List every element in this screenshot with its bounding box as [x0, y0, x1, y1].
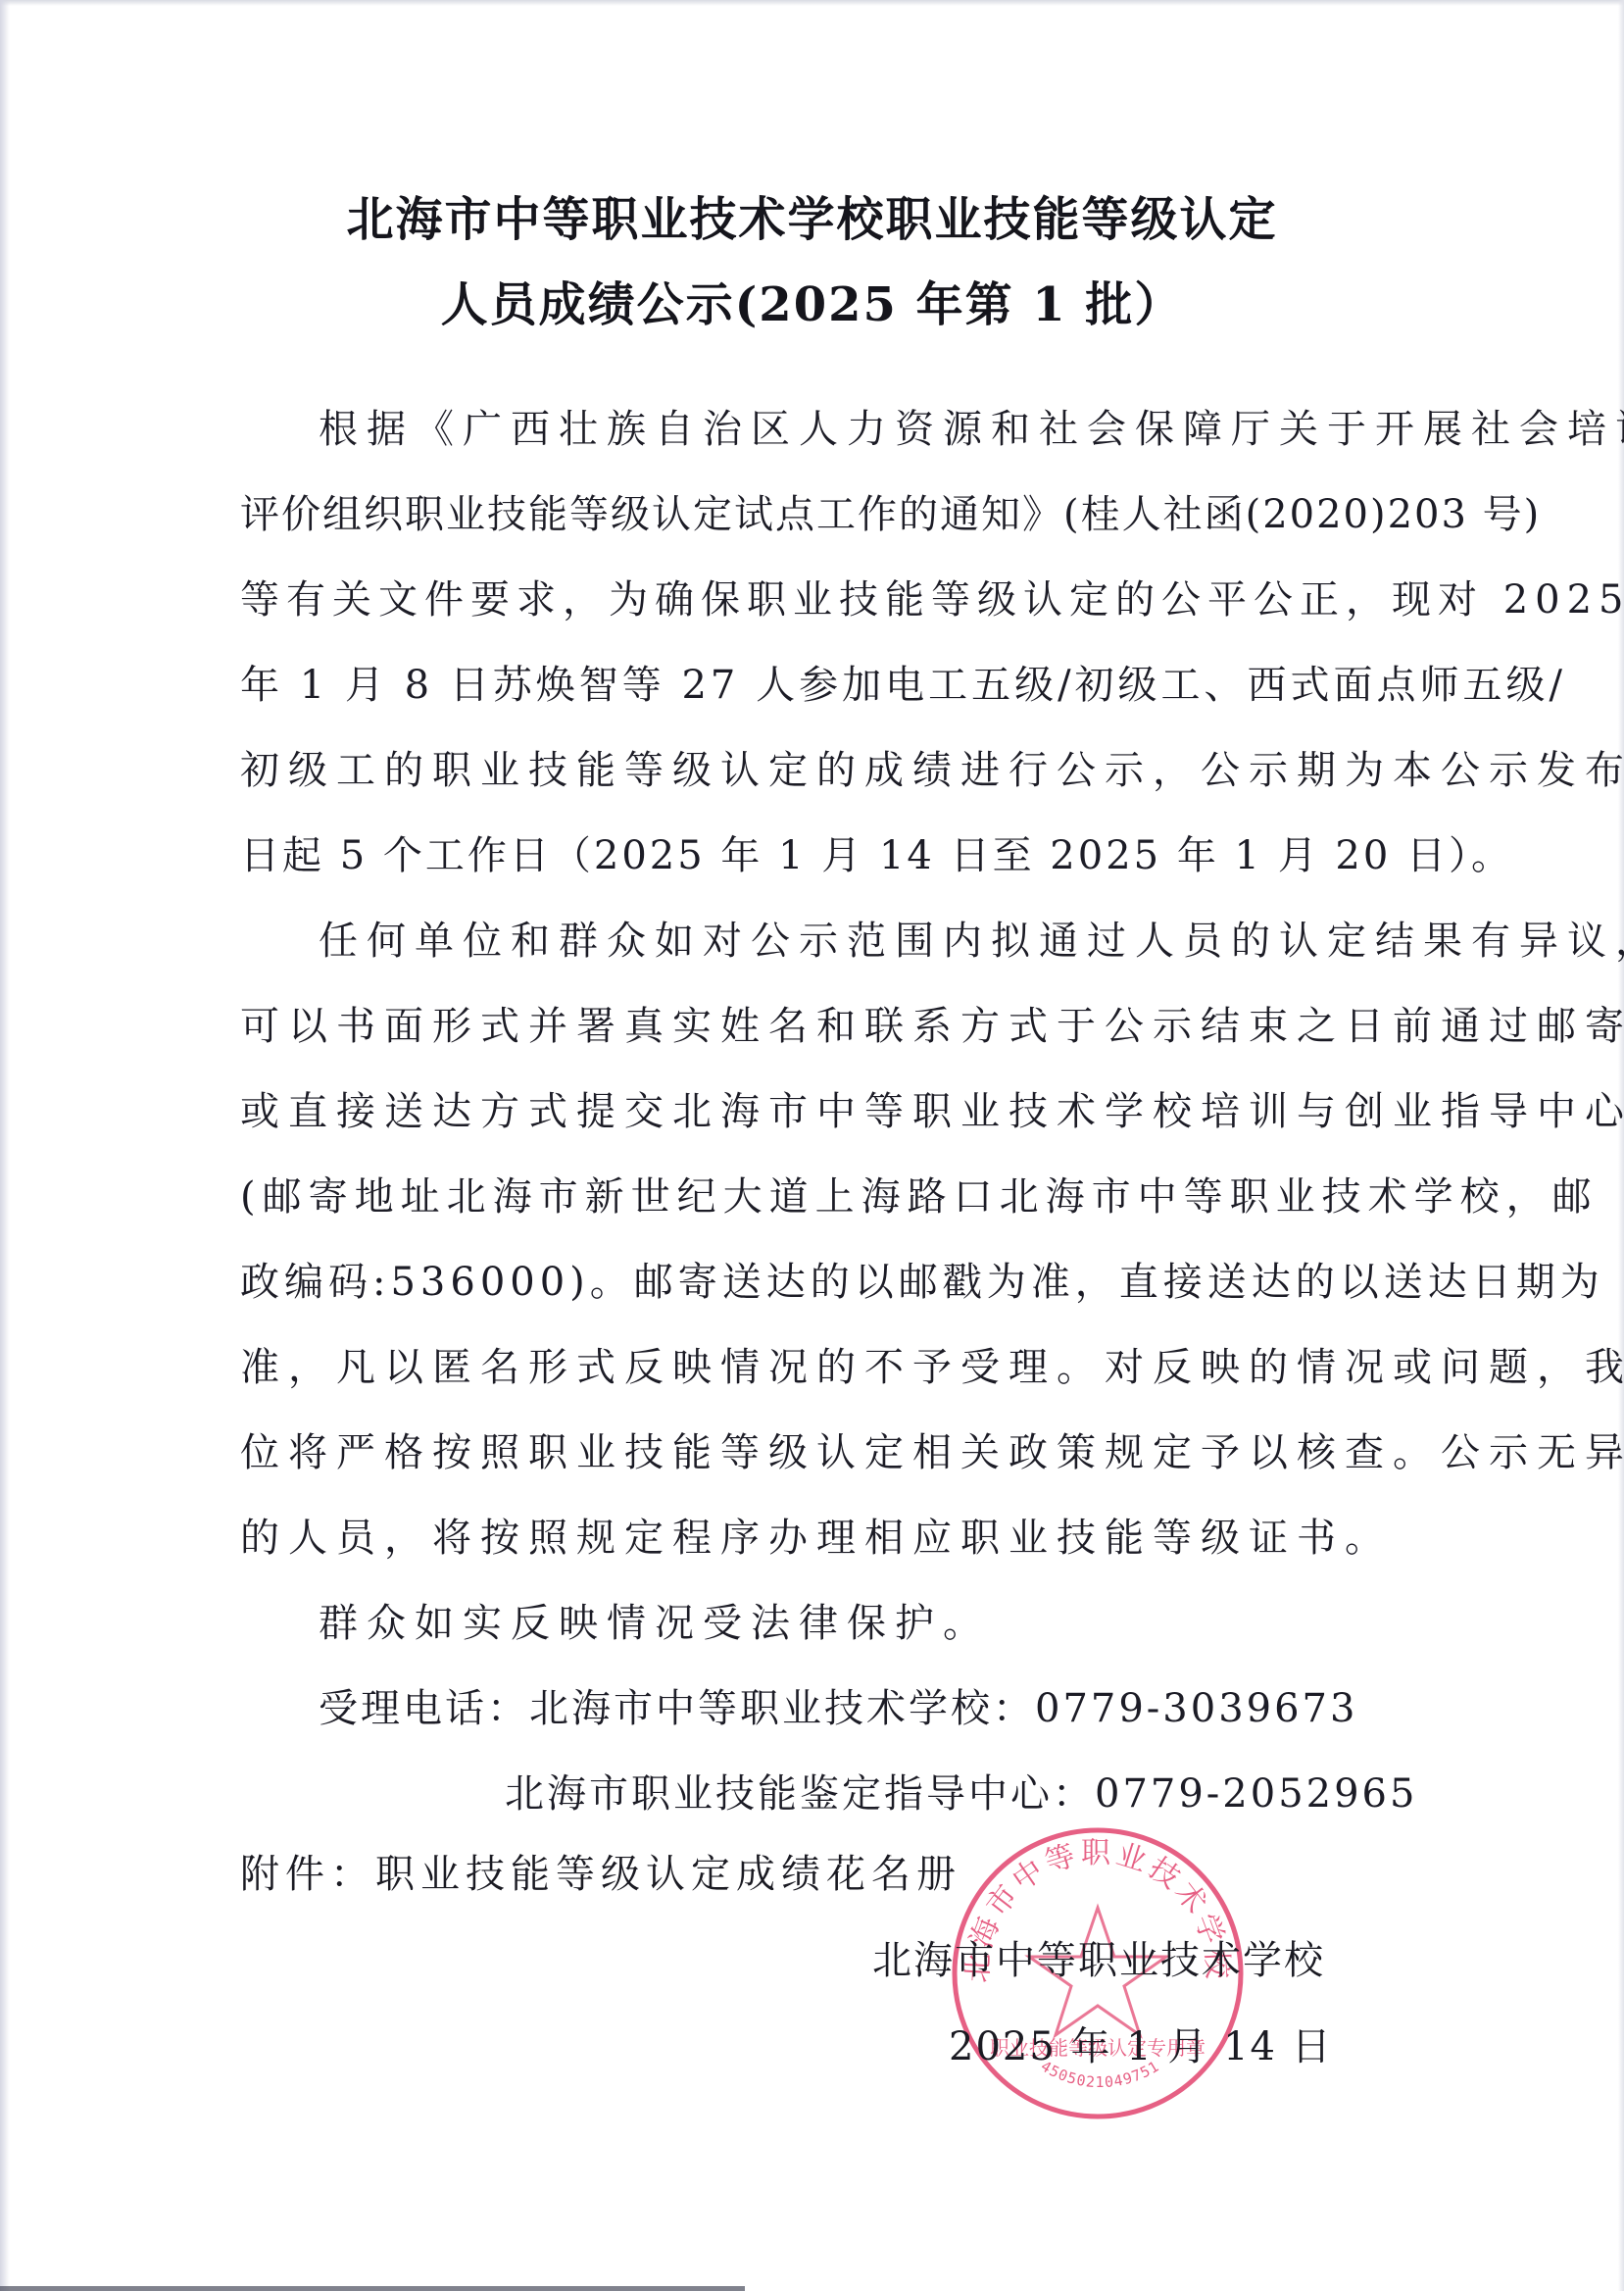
- paragraph-1-line: 等有关文件要求，为确保职业技能等级认定的公平公正，现对 2025: [240, 575, 1624, 624]
- paragraph-1-line: 初级工的职业技能等级认定的成绩进行公示，公示期为本公示发布之: [240, 746, 1624, 795]
- paragraph-2-line: 或直接送达方式提交北海市中等职业技术学校培训与创业指导中心: [240, 1087, 1624, 1136]
- document-title-line-2: 人员成绩公示(2025 年第 1 批）: [0, 267, 1624, 334]
- paragraph-2-line: 准，凡以匿名形式反映情况的不予受理。对反映的情况或问题，我单: [240, 1343, 1624, 1392]
- paragraph-2-line: 可以书面形式并署真实姓名和联系方式于公示结束之日前通过邮寄: [240, 1002, 1624, 1051]
- contact-phone-center: 北海市职业技能鉴定指导中心：0779-2052965: [505, 1769, 1417, 1818]
- paragraph-2-line: 任何单位和群众如对公示范围内拟通过人员的认定结果有异议，: [319, 917, 1624, 966]
- document-title-line-1: 北海市中等职业技术学校职业技能等级认定: [0, 181, 1624, 249]
- signature-organization: 北海市中等职业技术学校: [872, 1929, 1325, 1985]
- attachment-link[interactable]: 职业技能等级认定成绩花名册: [375, 1843, 961, 1899]
- paragraph-2-line: 政编码:536000)。邮寄送达的以邮戳为准，直接送达的以送达日期为: [240, 1258, 1604, 1307]
- contact-phone-school: 受理电话：北海市中等职业技术学校：0779-3039673: [319, 1684, 1357, 1733]
- paragraph-1-line: 根据《广西壮族自治区人力资源和社会保障厅关于开展社会培训: [319, 405, 1624, 454]
- document-page: 北海市中等职业技术学校职业技能等级认定 人员成绩公示(2025 年第 1 批） …: [0, 0, 1624, 2291]
- paragraph-2-line: 的人员，将按照规定程序办理相应职业技能等级证书。: [240, 1514, 1393, 1563]
- paragraph-1-line: 评价组织职业技能等级认定试点工作的通知》(桂人社函(2020)203 号): [240, 490, 1541, 539]
- paragraph-1-line: 年 1 月 8 日苏焕智等 27 人参加电工五级/初级工、西式面点师五级/: [240, 661, 1566, 710]
- paragraph-1-line: 日起 5 个工作日（2025 年 1 月 14 日至 2025 年 1 月 20…: [240, 831, 1513, 880]
- attachment-label: 附件：: [240, 1843, 375, 1899]
- signature-date: 2025 年 1 月 14 日: [949, 2016, 1333, 2071]
- legal-protection-note: 群众如实反映情况受法律保护。: [319, 1599, 991, 1648]
- paragraph-2-line: 位将严格按照职业技能等级认定相关政策规定予以核查。公示无异议: [240, 1428, 1624, 1477]
- paragraph-2-line: (邮寄地址北海市新世纪大道上海路口北海市中等职业技术学校，邮: [240, 1172, 1599, 1221]
